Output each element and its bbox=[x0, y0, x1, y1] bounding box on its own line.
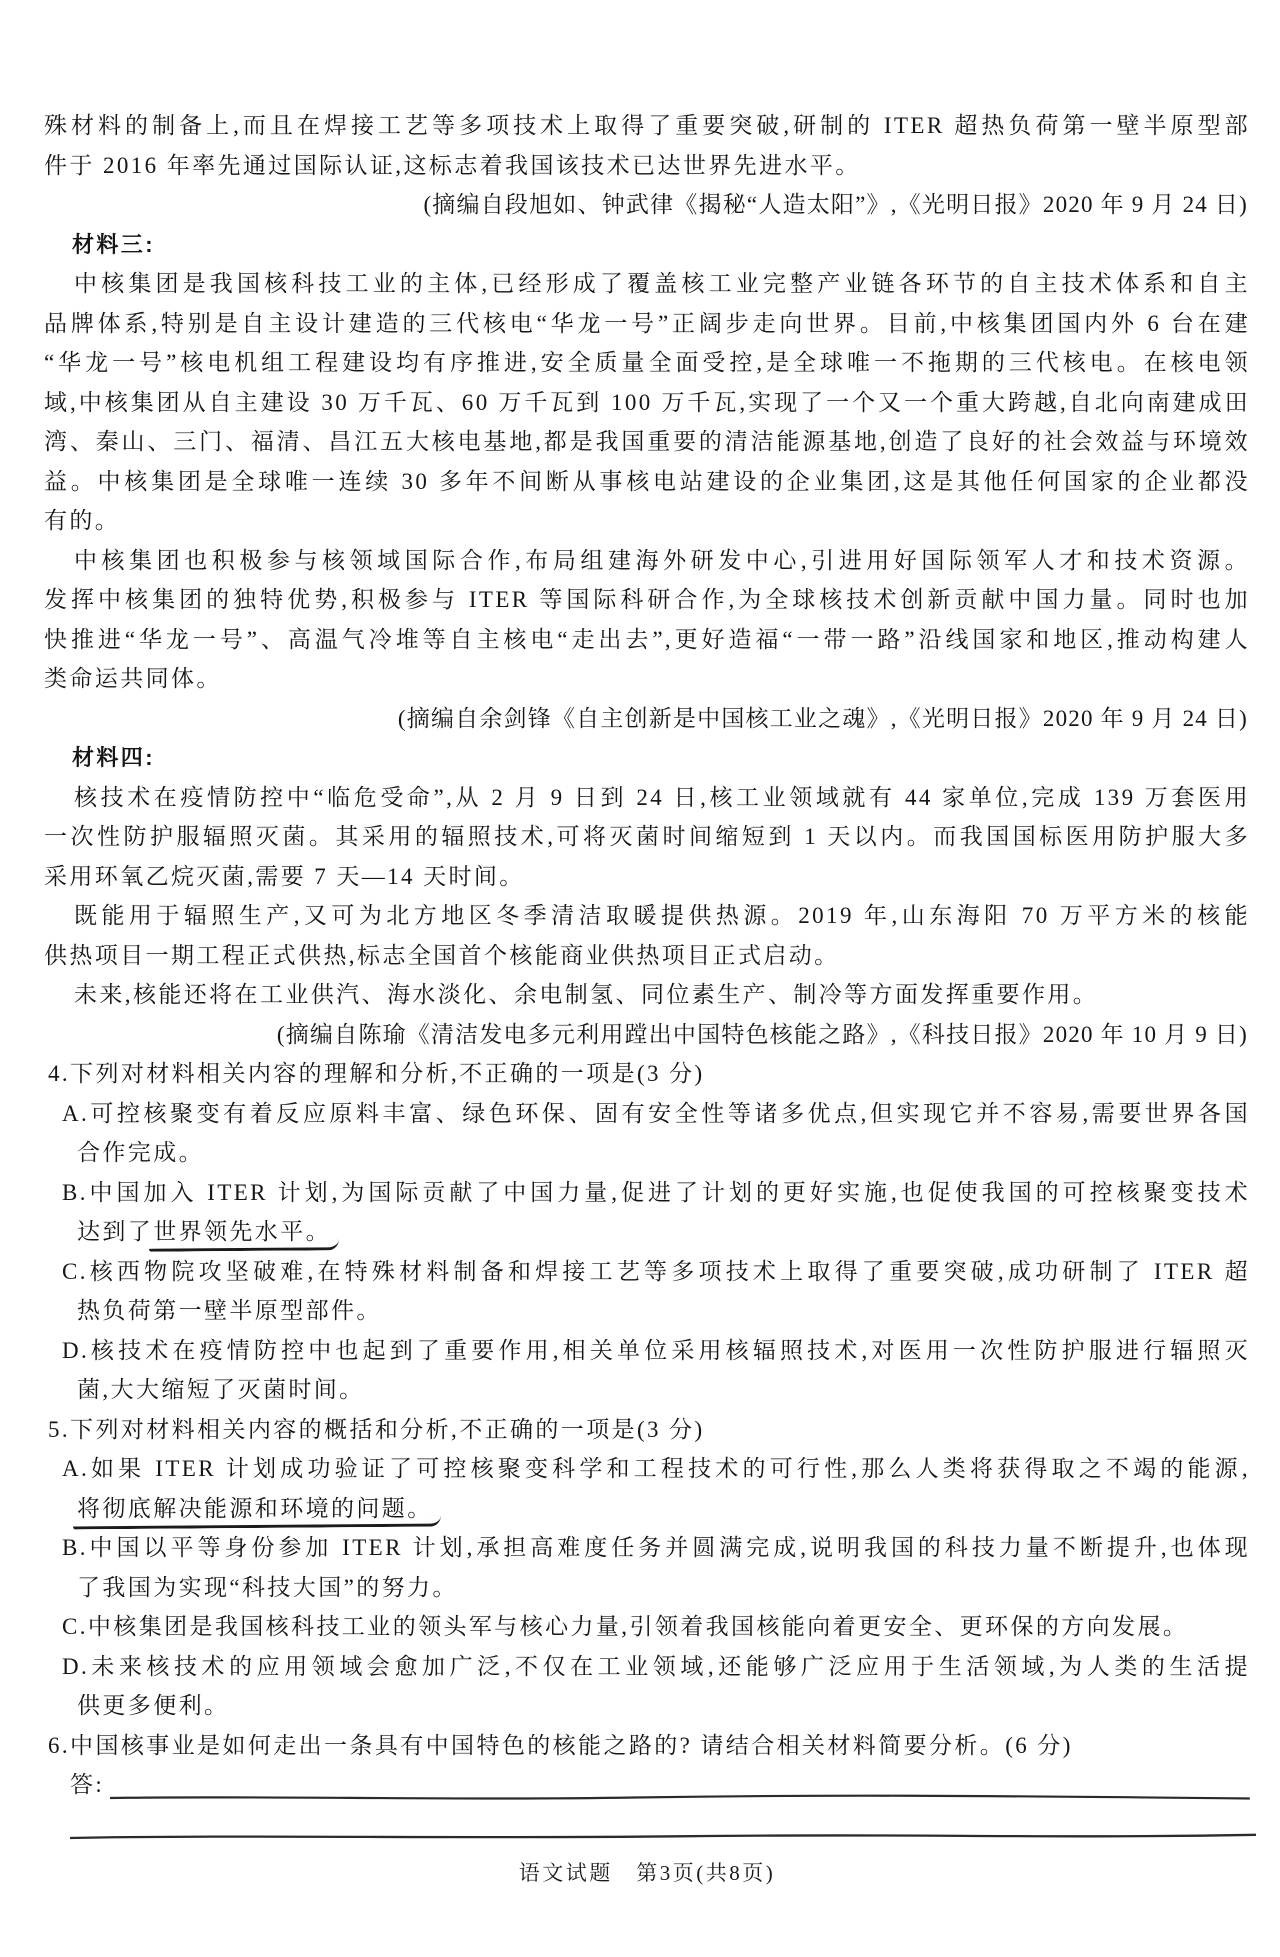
pen-underline: 将彻底解决能源和环境的问题。 bbox=[77, 1496, 433, 1521]
body-text-line: 一次性防护服辐照灭菌。其采用的辐照技术,可将灭菌时间缩短到 1 天以内。而我国国… bbox=[44, 817, 1250, 857]
option-line: A.如果 ITER 计划成功验证了可控核聚变科学和工程技术的可行性,那么人类将获… bbox=[44, 1449, 1250, 1489]
pen-underline: 世界领先水平。 bbox=[153, 1219, 331, 1244]
option-line: C.核西物院攻坚破难,在特殊材料制备和焊接工艺等多项技术上取得了重要突破,成功研… bbox=[44, 1252, 1250, 1292]
exam-page: 殊材料的制备上,而且在焊接工艺等多项技术上取得了重要突破,研制的 ITER 超热… bbox=[0, 0, 1280, 1957]
body-text-line: 快推进“华龙一号”、高温气冷堆等自主核电“走出去”,更好造福“一带一路”沿线国家… bbox=[44, 620, 1250, 660]
option-line: B.中国加入 ITER 计划,为国际贡献了中国力量,促进了计划的更好实施,也促使… bbox=[44, 1173, 1250, 1213]
source-citation: (摘编自段旭如、钟武律《揭秘“人造太阳”》,《光明日报》2020 年 9 月 2… bbox=[44, 185, 1250, 225]
body-text-line: 中核集团也积极参与核领域国际合作,布局组建海外研发中心,引进用好国际领军人才和技… bbox=[44, 541, 1250, 581]
text-segment: 达到了 bbox=[77, 1219, 153, 1244]
material-heading: 材料三: bbox=[44, 225, 1250, 265]
body-text-line: 类命运共同体。 bbox=[44, 659, 1250, 699]
option-line: D.未来核技术的应用领域会愈加广泛,不仅在工业领域,还能够广泛应用于生活领域,为… bbox=[44, 1647, 1250, 1687]
body-text-line: 品牌体系,特别是自主设计建造的三代核电“华龙一号”正阔步走向世界。目前,中核集团… bbox=[44, 304, 1250, 344]
source-citation: (摘编自余剑锋《自主创新是中国核工业之魂》,《光明日报》2020 年 9 月 2… bbox=[44, 699, 1250, 739]
option-line: 将彻底解决能源和环境的问题。 bbox=[44, 1489, 1250, 1529]
horizontal-rule bbox=[70, 1829, 1256, 1841]
body-text-line: 未来,核能还将在工业供汽、海水淡化、余电制氢、同位素生产、制冷等方面发挥重要作用… bbox=[44, 975, 1250, 1015]
page-footer: 语文试题 第3页(共8页) bbox=[44, 1857, 1250, 1887]
source-citation: (摘编自陈瑜《清洁发电多元利用蹚出中国特色核能之路》,《科技日报》2020 年 … bbox=[44, 1015, 1250, 1055]
body-text-line: “华龙一号”核电机组工程建设均有序推进,安全质量全面受控,是全球唯一不拖期的三代… bbox=[44, 343, 1250, 383]
body-text-line: 中核集团是我国核科技工业的主体,已经形成了覆盖核工业完整产业链各环节的自主技术体… bbox=[44, 264, 1250, 304]
material-heading: 材料四: bbox=[44, 738, 1250, 778]
question-stem: 4.下列对材料相关内容的理解和分析,不正确的一项是(3 分) bbox=[44, 1054, 1250, 1094]
body-text-line: 件于 2016 年率先通过国际认证,这标志着我国该技术已达世界先进水平。 bbox=[44, 146, 1250, 186]
answer-row: 答: bbox=[44, 1765, 1250, 1805]
body-text-line: 核技术在疫情防控中“临危受命”,从 2 月 9 日到 24 日,核工业领域就有 … bbox=[44, 778, 1250, 818]
question-stem: 5.下列对材料相关内容的概括和分析,不正确的一项是(3 分) bbox=[44, 1410, 1250, 1450]
body-text-line: 殊材料的制备上,而且在焊接工艺等多项技术上取得了重要突破,研制的 ITER 超热… bbox=[44, 106, 1250, 146]
option-line: 供更多便利。 bbox=[44, 1686, 1250, 1726]
option-line: 达到了世界领先水平。 bbox=[44, 1212, 1250, 1252]
option-line: 菌,大大缩短了灭菌时间。 bbox=[44, 1370, 1250, 1410]
body-text-line: 采用环氧乙烷灭菌,需要 7 天—14 天时间。 bbox=[44, 857, 1250, 897]
answer-label: 答: bbox=[70, 1765, 104, 1805]
option-line: 了我国为实现“科技大国”的努力。 bbox=[44, 1568, 1250, 1608]
body-text-line: 发挥中核集团的独特优势,积极参与 ITER 等国际科研合作,为全球核技术创新贡献… bbox=[44, 580, 1250, 620]
body-text-line: 有的。 bbox=[44, 501, 1250, 541]
option-line: A.可控核聚变有着反应原料丰富、绿色环保、固有安全性等诸多优点,但实现它并不容易… bbox=[44, 1094, 1250, 1134]
body-text-line: 益。中核集团是全球唯一连续 30 多年不间断从事核电站建设的企业集团,这是其他任… bbox=[44, 462, 1250, 502]
option-line: 热负荷第一壁半原型部件。 bbox=[44, 1291, 1250, 1331]
body-text-line: 供热项目一期工程正式供热,标志全国首个核能商业供热项目正式启动。 bbox=[44, 936, 1250, 976]
option-line: 合作完成。 bbox=[44, 1133, 1250, 1173]
option-line: D.核技术在疫情防控中也起到了重要作用,相关单位采用核辐照技术,对医用一次性防护… bbox=[44, 1331, 1250, 1371]
option-line: B.中国以平等身份参加 ITER 计划,承担高难度任务并圆满完成,说明我国的科技… bbox=[44, 1528, 1250, 1568]
body-text-line: 域,中核集团从自主建设 30 万千瓦、60 万千瓦到 100 万千瓦,实现了一个… bbox=[44, 383, 1250, 423]
body-text-line: 湾、秦山、三门、福清、昌江五大核电基地,都是我国重要的清洁能源基地,创造了良好的… bbox=[44, 422, 1250, 462]
question-stem: 6.中国核事业是如何走出一条具有中国特色的核能之路的? 请结合相关材料简要分析。… bbox=[44, 1726, 1250, 1766]
answer-blank-line[interactable] bbox=[110, 1765, 1250, 1805]
document-body: 殊材料的制备上,而且在焊接工艺等多项技术上取得了重要突破,研制的 ITER 超热… bbox=[44, 106, 1250, 1805]
body-text-line: 既能用于辐照生产,又可为北方地区冬季清洁取暖提供热源。2019 年,山东海阳 7… bbox=[44, 896, 1250, 936]
option-line: C.中核集团是我国核科技工业的领头军与核心力量,引领着我国核能向着更安全、更环保… bbox=[44, 1607, 1250, 1647]
